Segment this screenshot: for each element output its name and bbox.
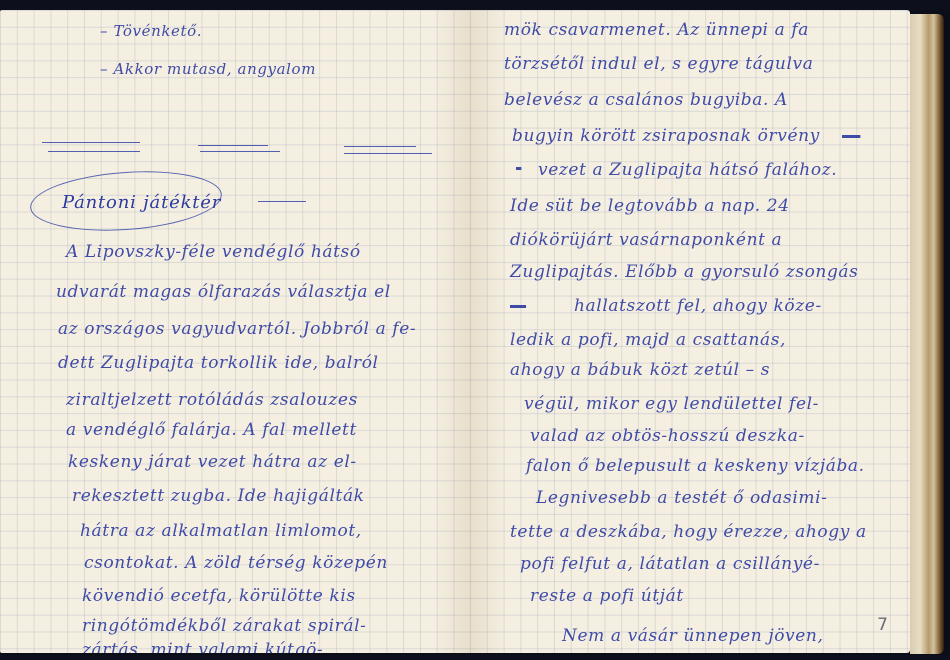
text-line: reste a pofi útját <box>530 588 684 605</box>
text-line: rekesztett zugba. Ide hajigálták <box>72 488 365 505</box>
text-line: keskeny járat vezet hátra az el- <box>68 454 357 471</box>
text-line: zártás, mint valami kútgö- <box>82 642 323 653</box>
divider-rule <box>198 145 268 146</box>
text-line: vezet a Zuglipajta hátsó falához. <box>538 162 837 179</box>
text-line: kövendió ecetfa, körülötte kis <box>82 588 356 605</box>
text-line: pofi felfut a, látatlan a csillányé- <box>520 556 820 573</box>
divider-rule <box>200 151 280 152</box>
text-line: udvarát magas ólfarazás választja el <box>56 284 391 301</box>
text-line: mök csavarmenet. Az ünnepi a fa <box>504 22 809 39</box>
text-line: A Lipovszky-féle vendéglő hátsó <box>66 244 361 261</box>
text-line: bugyin körött zsiraposnak örvény <box>512 128 820 145</box>
left-page: – Tövénkető. – Akkor mutasd, angyalom Pá… <box>0 10 470 653</box>
page-edges-stack <box>910 14 944 654</box>
text-line: valad az obtös-hosszú deszka- <box>530 428 805 445</box>
divider-rule <box>42 142 140 143</box>
text-line: ringótömdékből zárakat spirál- <box>82 618 367 635</box>
text-line: Zuglipajtás. Előbb a gyorsuló zsongás <box>510 264 859 281</box>
page-number: 7 <box>877 615 888 635</box>
text-line: tette a deszkába, hogy érezze, ahogy a <box>510 524 867 541</box>
text-line: ahogy a bábuk közt zetúl – s <box>510 362 770 379</box>
right-page: mök csavarmenet. Az ünnepi a fa törzsétő… <box>470 10 910 653</box>
text-line: Nem a vásár ünnepen jöven, <box>562 628 823 645</box>
notebook-spread: – Tövénkető. – Akkor mutasd, angyalom Pá… <box>0 10 950 655</box>
text-line: végül, mikor egy lendülettel fel- <box>524 396 819 413</box>
struck-mark <box>516 162 521 174</box>
text-line: falon ő belepusult a keskeny vízjába. <box>526 458 865 475</box>
text-line: csontokat. A zöld térség közepén <box>84 555 388 572</box>
section-heading: Pántoni játéktér <box>62 192 221 213</box>
gutter-shadow-left <box>434 10 470 653</box>
text-line: dett Zuglipajta torkollik ide, balról <box>58 355 379 372</box>
divider-rule <box>344 153 432 154</box>
text-line: hátra az alkalmatlan limlomot, <box>80 523 362 540</box>
heading-dash <box>258 201 306 202</box>
note-line-1: – Tövénkető. <box>100 24 202 39</box>
text-line: Legnivesebb a testét ő odasimi- <box>536 490 827 507</box>
struck-word <box>842 128 860 145</box>
text-line: törzsétől indul el, s egyre tágulva <box>504 56 813 73</box>
text-line: az országos vagyudvartól. Jobbról a fe- <box>58 321 416 338</box>
text-line: ledik a pofi, majd a csattanás, <box>510 332 786 349</box>
text-line: hallatszott fel, ahogy köze- <box>574 298 822 315</box>
text-line: belevész a csalános bugyiba. A <box>504 92 788 109</box>
divider-rule <box>344 146 416 147</box>
text-line: Ide süt be legtovább a nap. 24 <box>510 198 790 215</box>
gutter-shadow-right <box>470 10 506 653</box>
divider-rule <box>48 151 140 152</box>
note-line-2: – Akkor mutasd, angyalom <box>100 62 316 77</box>
text-line: a vendéglő falárja. A fal mellett <box>66 422 357 439</box>
text-line: ziraltjelzett rotóládás zsalouzes <box>66 392 358 409</box>
struck-word <box>510 298 526 315</box>
text-line: diókörüjárt vasárnaponként a <box>510 232 782 249</box>
